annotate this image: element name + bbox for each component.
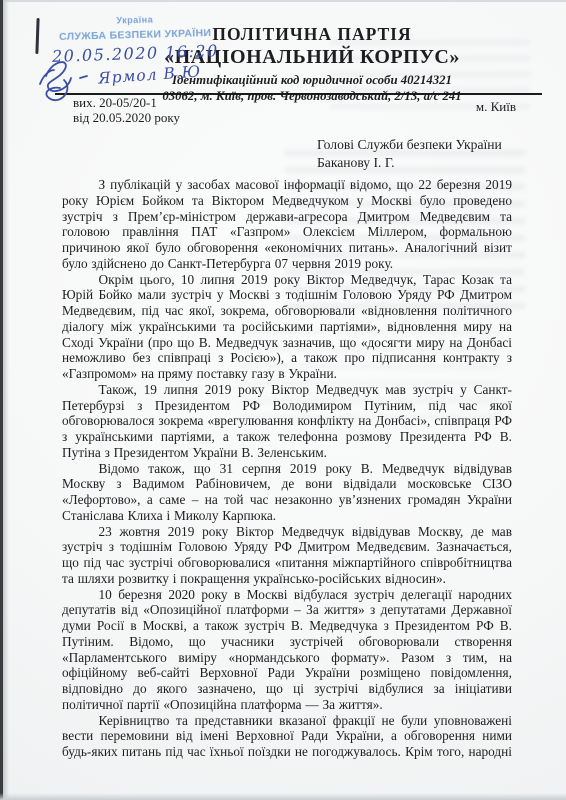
addressee-position: Голові Служби безпеки України [317, 136, 502, 154]
body-paragraph: З публікацій у засобах масової інформаці… [62, 177, 512, 272]
signature-flourish-icon [34, 56, 96, 104]
scanned-letter-page: Україна СЛУЖБА БЕЗПЕКИ УКРАЇНИ 20.05.202… [0, 0, 566, 800]
pen-tick-mark [35, 18, 39, 54]
body-paragraph: 10 березня 2020 року в Москві відбулася … [62, 587, 512, 713]
scan-edge-top [0, 0, 566, 2]
scan-edge-left-shadow [3, 0, 9, 800]
stamp-country-label: Україна [55, 13, 215, 27]
addressee-name: Баканову І. Г. [317, 154, 502, 172]
place-city: м. Київ [476, 99, 516, 115]
ssu-receipt-stamp: Україна СЛУЖБА БЕЗПЕКИ УКРАЇНИ [55, 13, 216, 43]
body-paragraph: Керівництво та представники вказаної фра… [62, 713, 512, 760]
outgoing-date: від 20.05.2020 року [73, 111, 180, 126]
body-paragraph: Відомо також, що 31 серпня 2019 року В. … [62, 461, 512, 524]
body-paragraph: 23 жовтня 2019 року Віктор Медведчук від… [62, 524, 512, 587]
scan-edge-bottom [0, 793, 566, 800]
body-paragraph: Також, 19 липня 2019 року Віктор Медведч… [62, 382, 512, 461]
letter-body: З публікацій у засобах масової інформаці… [62, 177, 512, 760]
addressee-block: Голові Служби безпеки України Баканову І… [317, 136, 502, 171]
signature-name: Ярмол В.Ю [97, 62, 201, 87]
body-paragraph: Окрім цього, 10 липня 2019 року Віктор М… [62, 272, 512, 382]
handwritten-signature: Ярмол В.Ю [34, 56, 201, 104]
